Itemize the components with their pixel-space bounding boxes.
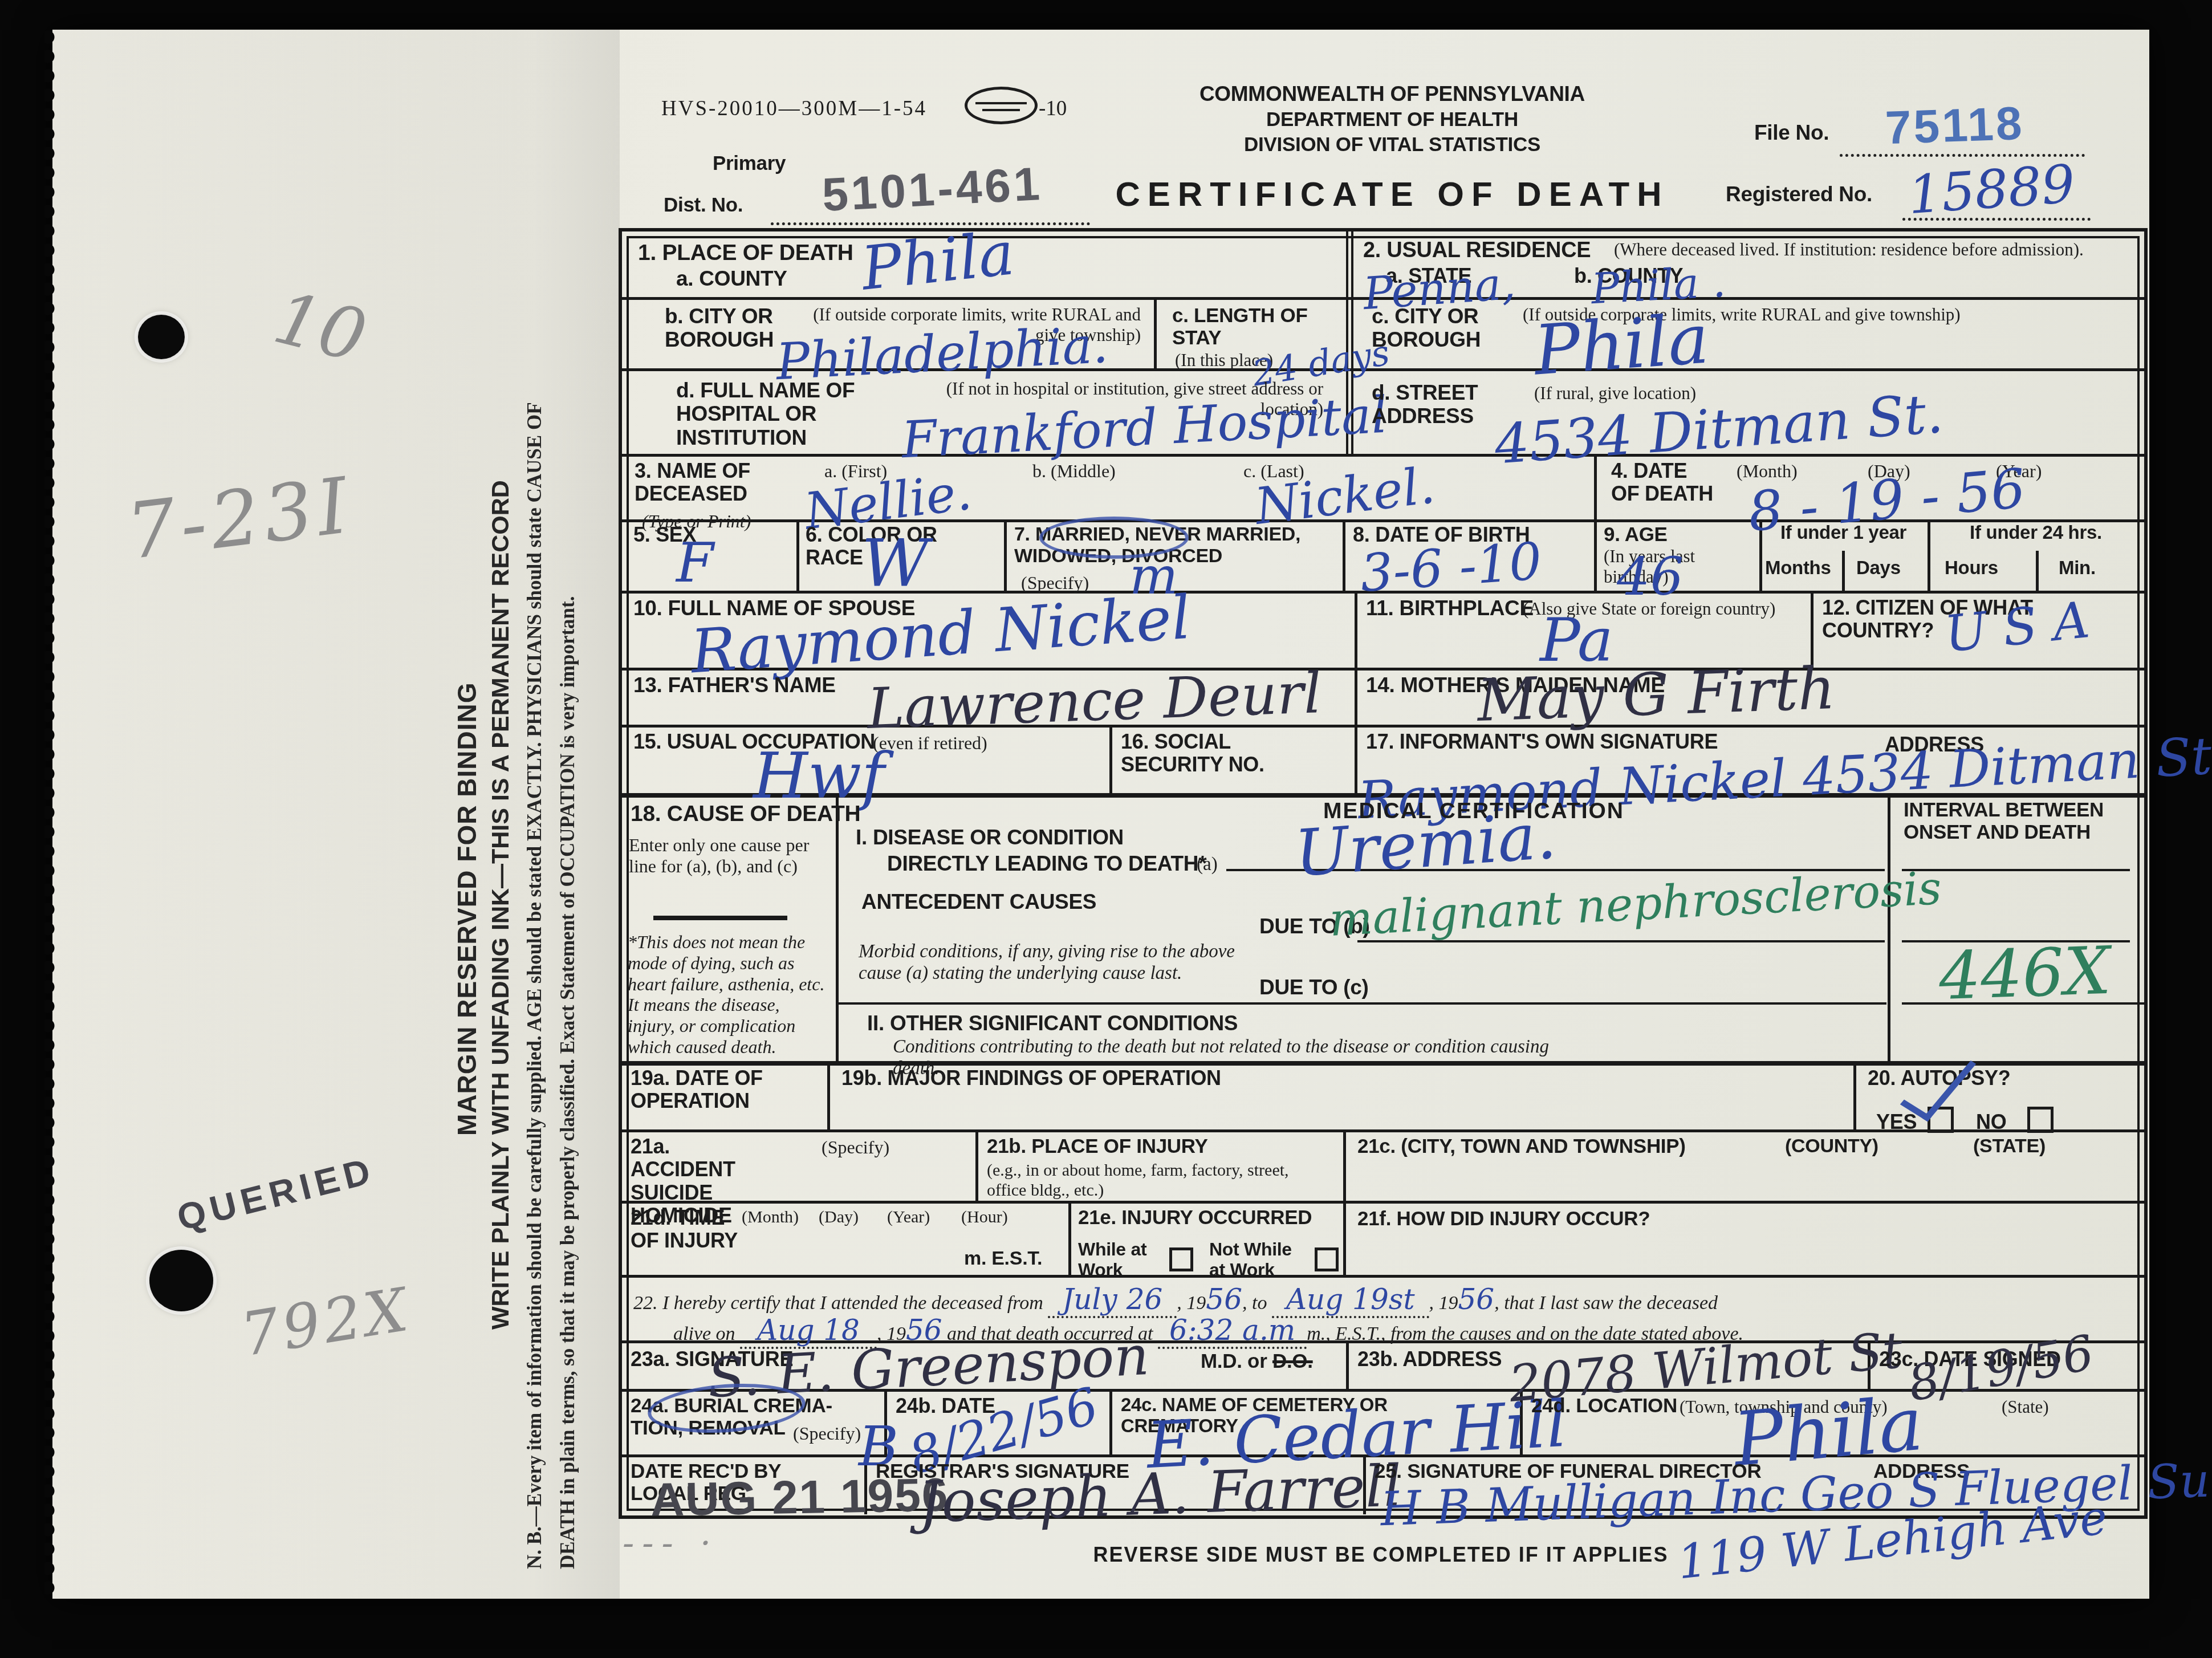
while-at-work-checkbox xyxy=(1169,1247,1193,1271)
certify-text: , to xyxy=(1242,1293,1267,1314)
margin-permanent-note: WRITE PLAINLY WITH UNFADING INK—THIS IS … xyxy=(487,303,515,1330)
under-1-year-label: If under 1 year xyxy=(1759,522,1928,543)
perforated-edge xyxy=(44,30,62,1599)
field-21c-label: 21c. (CITY, TOWN AND TOWNSHIP) xyxy=(1357,1135,1722,1157)
margin-nb-note-line2: DEATH in plain terms, so that it may be … xyxy=(556,172,579,1569)
antecedent-causes-label: ANTECEDENT CAUSES xyxy=(861,890,1096,913)
punch-hole xyxy=(149,1250,213,1311)
field-13-label: 13. FATHER'S NAME xyxy=(633,673,836,697)
autopsy-no-label: NO xyxy=(1976,1111,2006,1133)
margin-nb-note-line1: N. B.—Every item of information should b… xyxy=(523,64,546,1569)
field-21a-note: (Specify) xyxy=(822,1137,889,1158)
field-9-label: 9. AGE xyxy=(1604,523,1668,546)
field-21d-est: m. E.S.T. xyxy=(964,1247,1042,1269)
certify-text: , that I last saw the deceased xyxy=(1494,1293,1718,1314)
division-line: DIVISION OF VITAL STATISTICS xyxy=(1136,133,1649,156)
field-21c-state: (STATE) xyxy=(1973,1135,2046,1157)
field-2d-note: (If rural, give location) xyxy=(1534,383,1696,404)
dist-no-stamp: 5101-461 xyxy=(821,161,1043,219)
field-21f-label: 21f. HOW DID INJURY OCCUR? xyxy=(1357,1208,1650,1230)
pencil-smudge: ‑‑‑ · xyxy=(623,1526,719,1561)
certify-text: , 19 xyxy=(1177,1293,1206,1314)
certify-text: 22. I hereby certify that I attended the… xyxy=(633,1293,1043,1314)
hours-label: Hours xyxy=(1945,558,1998,579)
field-2c-label: c. CITY OR BOROUGH xyxy=(1372,304,1520,352)
field-17-label: 17. INFORMANT'S OWN SIGNATURE xyxy=(1366,730,1765,753)
field-1a-value: Phila xyxy=(859,223,1017,299)
field-21e-label: 21e. INJURY OCCURRED xyxy=(1078,1206,1340,1229)
registered-no-value: 15889 xyxy=(1906,158,2076,222)
under-24-hrs-label: If under 24 hrs. xyxy=(1928,522,2144,543)
md-do-label: M.D. or D.O. xyxy=(1201,1350,1313,1372)
field-4-label: 4. DATE OF DEATH xyxy=(1611,460,1719,506)
autopsy-yes-label: YES xyxy=(1876,1111,1917,1133)
field-2-label: 2. USUAL RESIDENCE xyxy=(1363,238,1591,263)
certify-text: alive on xyxy=(673,1323,735,1344)
interval-code-value: 446X xyxy=(1938,938,2112,1010)
birthplace-value: Pa xyxy=(1540,611,1613,670)
date-of-birth-value: 3-6 -10 xyxy=(1359,536,1543,600)
due-to-c-label: DUE TO (c) xyxy=(1259,976,1369,999)
other-significant-conditions-label: II. OTHER SIGNIFICANT CONDITIONS xyxy=(867,1011,1238,1035)
attended-to-year: 56 xyxy=(1458,1283,1495,1316)
dist-no-label: Dist. No. xyxy=(664,194,743,216)
interval-label: INTERVAL BETWEEN ONSET AND DEATH xyxy=(1904,799,2154,843)
field-2c-value: Phila xyxy=(1532,305,1711,385)
months-label: Months xyxy=(1765,558,1831,579)
department-line: DEPARTMENT OF HEALTH xyxy=(1136,108,1649,131)
field-15-note: (even if retired) xyxy=(873,733,987,754)
field-18-label: 18. CAUSE OF DEATH xyxy=(631,802,860,827)
field-21d-month: (Month) xyxy=(742,1208,799,1228)
days-label: Days xyxy=(1856,558,1901,579)
field-24d-state: (State) xyxy=(2002,1397,2049,1417)
margin-binding-note: MARGIN RESERVED FOR BINDING xyxy=(452,480,482,1136)
mother-maiden-name-value: May G Firth xyxy=(1476,660,1836,730)
commonwealth-line: COMMONWEALTH OF PENNSYLVANIA xyxy=(1136,82,1649,105)
registrar-signature-value: Joseph A. Farrell xyxy=(918,1457,1403,1531)
field-21d-label: 21d. TIME OF INJURY xyxy=(631,1206,745,1253)
attended-from-value: July 26 xyxy=(1048,1283,1177,1318)
not-while-at-work-checkbox xyxy=(1315,1247,1339,1271)
field-2-note: (Where deceased lived. If institution: r… xyxy=(1614,239,2138,260)
field-1d-label: d. FULL NAME OF HOSPITAL OR INSTITUTION xyxy=(676,379,921,449)
disease-condition-label-2: DIRECTLY LEADING TO DEATH* xyxy=(887,852,1206,875)
union-label-icon xyxy=(965,87,1038,124)
age-value: 46 xyxy=(1617,551,1684,603)
cause-note-1: Enter only one cause per line for (a), (… xyxy=(629,835,828,877)
field-19b-label: 19b. MAJOR FINDINGS OF OPERATION xyxy=(841,1067,1221,1090)
do-struck-text: D.O. xyxy=(1272,1350,1313,1372)
registered-no-label: Registered No. xyxy=(1726,182,1872,206)
field-23b-label: 23b. ADDRESS xyxy=(1357,1348,1502,1371)
field-21b-note: (e.g., in or about home, farm, factory, … xyxy=(987,1161,1306,1200)
union-label-suffix: -10 xyxy=(1039,97,1067,121)
field-16-label: 16. SOCIAL SECURITY NO. xyxy=(1121,730,1315,777)
disease-condition-label-1: I. DISEASE OR CONDITION xyxy=(856,826,1124,849)
field-3b-label: b. (Middle) xyxy=(1032,461,1116,482)
field-21d-year: (Year) xyxy=(887,1208,930,1228)
father-name-value: Lawrence Deurl xyxy=(867,665,1323,737)
death-time-value: 6:32 a.m xyxy=(1158,1314,1307,1349)
file-no-stamp: 75118 xyxy=(1885,100,2025,152)
morbid-conditions-note: Morbid conditions, if any, giving rise t… xyxy=(859,941,1278,985)
primary-label: Primary xyxy=(713,152,786,174)
cause-a-value: Uremia. xyxy=(1293,804,1558,886)
reverse-side-note: REVERSE SIDE MUST BE COMPLETED IF IT APP… xyxy=(839,1543,1922,1566)
while-at-work-label: While at Work xyxy=(1078,1240,1164,1281)
autopsy-no-checkbox xyxy=(2027,1107,2054,1133)
cause-note-2: *This does not mean the mode of dying, s… xyxy=(628,932,830,1058)
cause-a-tag: (a) xyxy=(1197,854,1218,876)
sex-value: F xyxy=(676,537,714,591)
certificate-paper: 10 7-23I QUERIED 792X MARGIN RESERVED FO… xyxy=(52,30,2149,1599)
punch-hole xyxy=(138,315,185,359)
race-value: W xyxy=(861,531,929,596)
certify-text: , 19 xyxy=(1429,1293,1458,1314)
field-21d-hour: (Hour) xyxy=(961,1208,1008,1228)
certify-line-1: 22. I hereby certify that I attended the… xyxy=(633,1285,2138,1314)
form-grid: 1. PLACE OF DEATH a. COUNTY Phila 2. USU… xyxy=(619,228,2148,1519)
field-1c-label: c. LENGTH OF STAY xyxy=(1172,304,1337,349)
field-21c-county: (COUNTY) xyxy=(1785,1135,1878,1157)
attended-to-value: Aug 19st xyxy=(1272,1283,1429,1318)
not-while-at-work-label: Not While at Work xyxy=(1209,1240,1312,1281)
field-1a-label: a. COUNTY xyxy=(676,267,787,290)
field-24a-note: (Specify) xyxy=(793,1423,861,1444)
min-label: Min. xyxy=(2059,558,2096,579)
pencil-annotation-10: 10 xyxy=(267,282,373,373)
certificate-title: CERTIFICATE OF DEATH xyxy=(1073,175,1711,213)
md-label-text: M.D. or xyxy=(1201,1350,1272,1372)
field-1-label: 1. PLACE OF DEATH xyxy=(638,241,853,266)
citizen-value: U S A xyxy=(1942,595,2092,660)
field-19a-label: 19a. DATE OF OPERATION xyxy=(631,1067,822,1113)
field-3-label: 3. NAME OF DECEASED xyxy=(635,460,794,506)
form-code: HVS-20010—300M—1-54 xyxy=(661,97,927,121)
file-no-label: File No. xyxy=(1754,121,1829,144)
field-21d-day: (Day) xyxy=(819,1208,859,1228)
field-24d-label: 24d. LOCATION xyxy=(1531,1395,1677,1417)
occupation-value: Hwf xyxy=(753,745,885,807)
attended-from-year: 56 xyxy=(1206,1283,1242,1316)
photograph-of-certificate: 10 7-23I QUERIED 792X MARGIN RESERVED FO… xyxy=(0,0,2212,1658)
field-21b-label: 21b. PLACE OF INJURY xyxy=(987,1135,1329,1157)
field-11-label: 11. BIRTHPLACE xyxy=(1366,596,1534,620)
